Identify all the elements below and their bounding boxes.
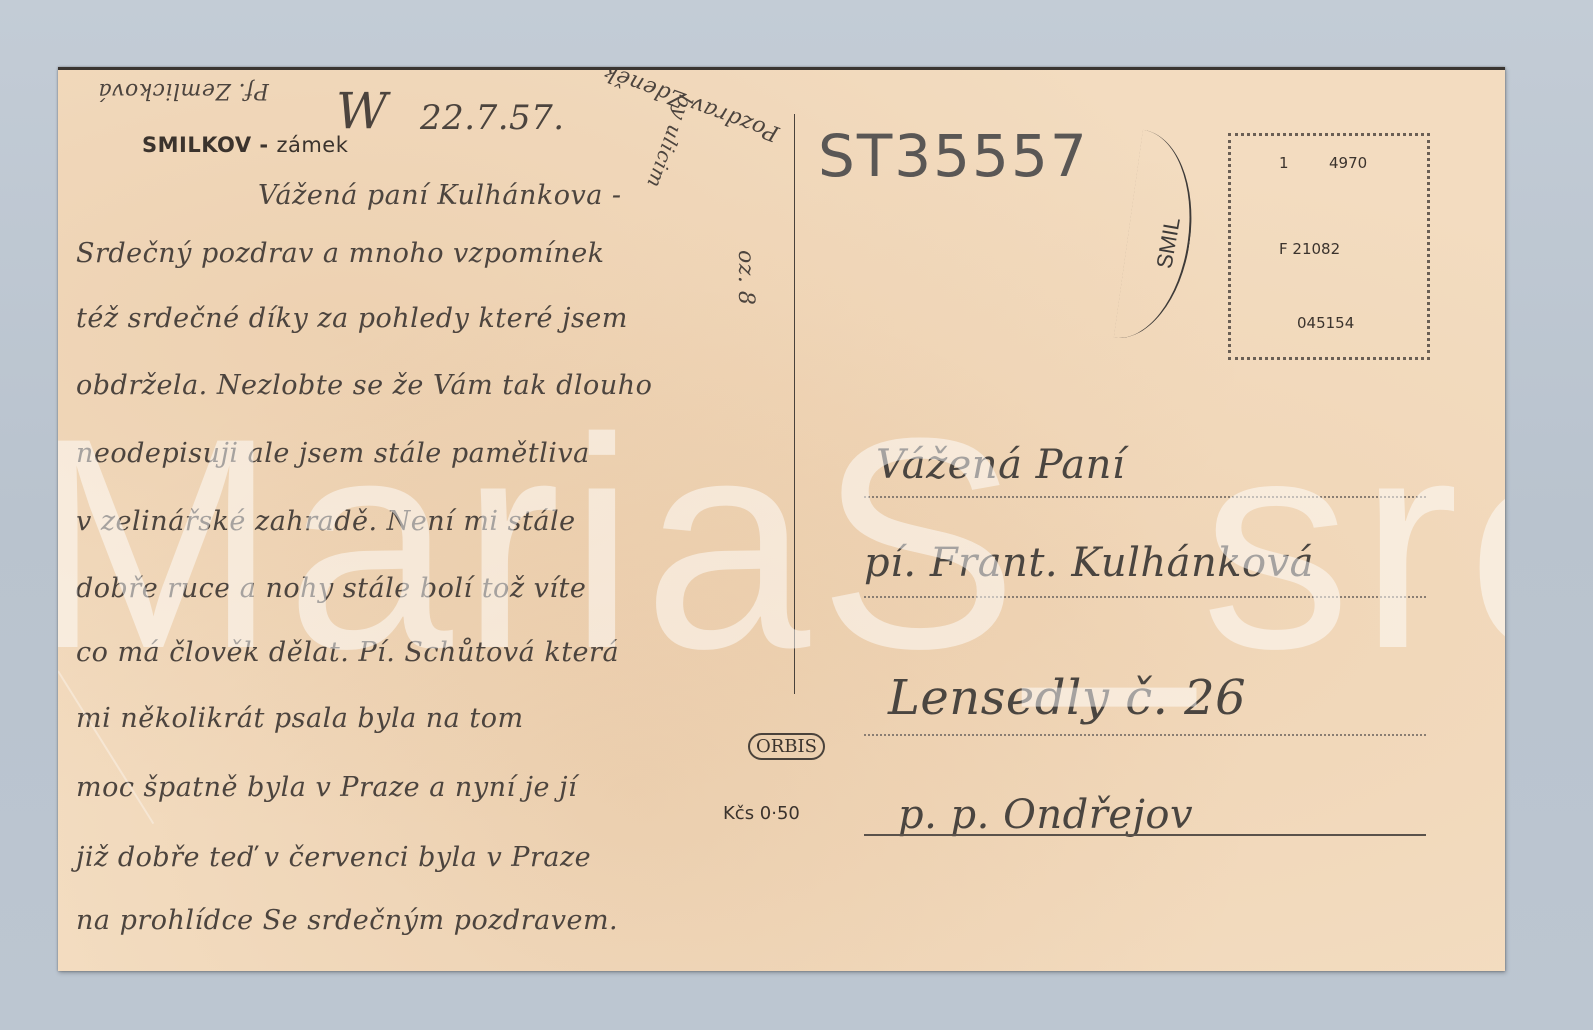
postcard-title: SMILKOV - zámek <box>142 133 348 157</box>
center-divider <box>794 114 795 694</box>
upside-down-note-text: Pf. Zemlicková <box>98 78 269 103</box>
address-rule <box>864 734 1426 736</box>
upside-down-note-text: by ulicim <box>642 92 698 192</box>
stamp-line-1-right: 4970 <box>1329 154 1367 172</box>
upside-down-note: Pf. Zemlicková <box>98 78 269 103</box>
address-line-4: p. p. Ondřejov <box>898 792 1193 838</box>
message-line: moc špatně byla v Praze a nyní je jí <box>76 772 577 803</box>
stamp-line-1-left: 1 <box>1279 154 1289 172</box>
message-line: na prohlídce Se srdečným pozdravem. <box>76 905 618 936</box>
address-rule <box>864 496 1426 498</box>
side-note: oz. 8 <box>733 250 758 305</box>
message-salutation: Vážená paní Kulhánkova - <box>258 180 622 211</box>
publisher-logo: ORBIS <box>748 733 825 760</box>
message-line: již dobře teď v červenci byla v Praze <box>76 842 591 873</box>
date-mark: 22.7.57. <box>420 98 565 138</box>
message-line: Srdečný pozdrav a mnoho vzpomínek <box>76 238 605 269</box>
message-line: v zelinářské zahradě. Není mi stále <box>76 506 576 537</box>
title-place: SMILKOV <box>142 133 252 157</box>
address-line-2: pí. Frant. Kulhánková <box>864 540 1314 586</box>
message-line: dobře ruce a nohy stále bolí tož víte <box>76 573 586 604</box>
stamp-line-3: 045154 <box>1297 314 1354 332</box>
upside-down-note: by ulicim <box>642 92 698 192</box>
stamp-line-2: F 21082 <box>1279 240 1340 258</box>
pencil-inventory-note: ST35557 <box>818 122 1089 190</box>
stamp-box: 1 4970 F 21082 045154 <box>1228 133 1430 360</box>
address-rule <box>864 834 1426 836</box>
message-line: též srdečné díky za pohledy které jsem <box>76 303 628 334</box>
message-line: neodepisuji ale jsem stále pamětliva <box>76 438 590 469</box>
title-separator: - <box>252 133 277 157</box>
address-line-3: Lensedly č. 26 <box>888 670 1246 726</box>
message-line: mi několikrát psala byla na tom <box>76 703 524 734</box>
message-line: co má člověk dělat. Pí. Schůtová která <box>76 637 619 668</box>
postcard-back: Pf. Zemlicková SMILKOV - zámek W 22.7.57… <box>58 67 1505 971</box>
message-line: obdržela. Nezlobte se že Vám tak dlouho <box>76 370 652 401</box>
address-line-1: Vážená Paní <box>876 442 1125 488</box>
price-label: Kčs 0·50 <box>723 803 800 824</box>
initials-mark: W <box>336 82 388 140</box>
address-rule <box>864 596 1426 598</box>
